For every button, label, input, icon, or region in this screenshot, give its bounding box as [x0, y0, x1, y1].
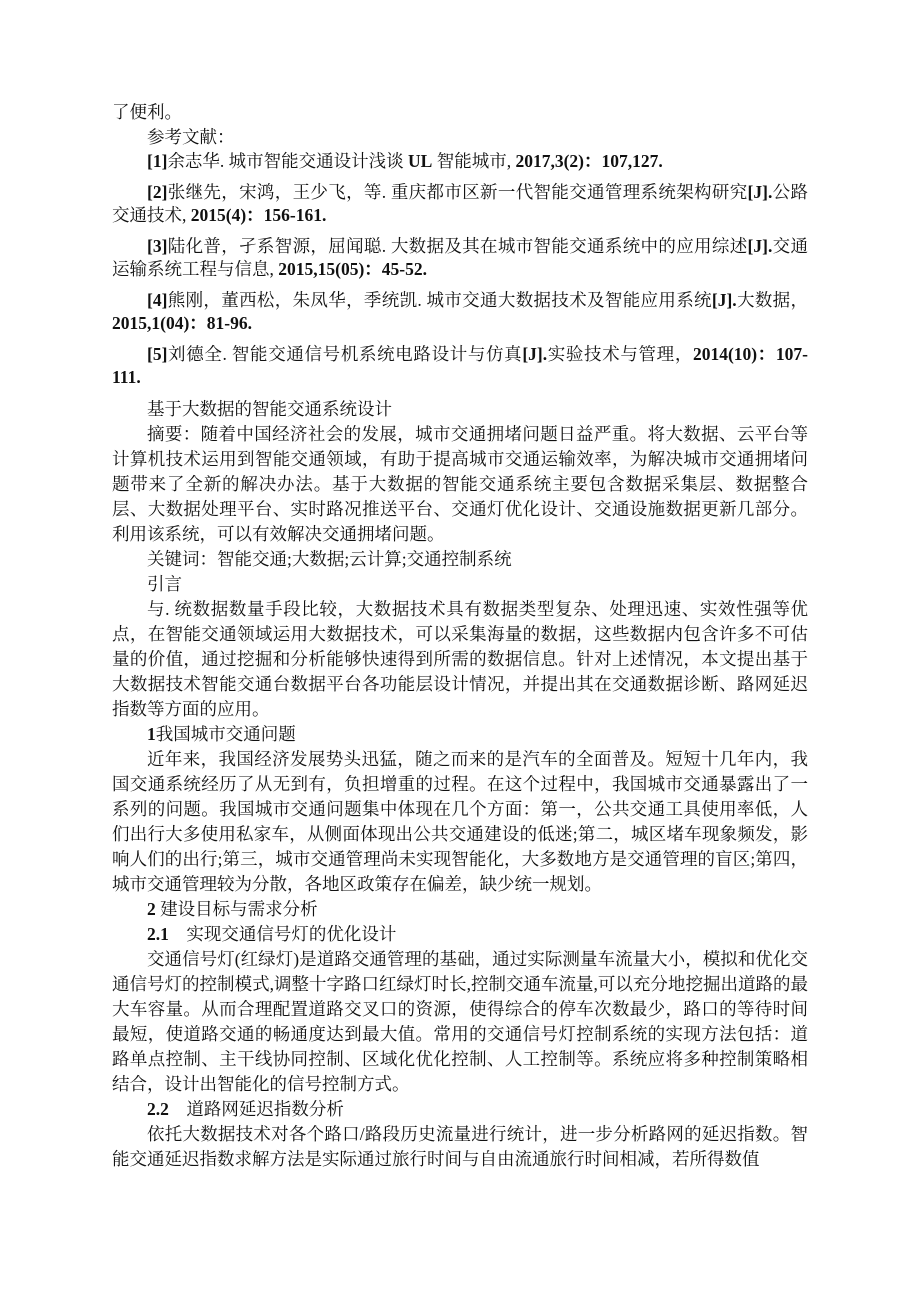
bold-text-run: [2] — [147, 182, 167, 202]
section-2-2-heading: 2.2 道路网延迟指数分析 — [112, 1097, 808, 1122]
text-run: 熊刚，董西松，朱凤华，季统凯. 城市交通大数据技术及智能应用系统 — [167, 290, 711, 310]
keywords-line: 关键词：智能交通;大数据;云计算;交通控制系统 — [112, 547, 808, 572]
text-run: 摘要：随着中国经济社会的发展，城市交通拥堵问题日益严重。将大数据、云平台等计算机… — [112, 424, 808, 544]
references-label: 参考文献： — [112, 125, 808, 150]
reference-4: [4]熊刚，董西松，朱凤华，季统凯. 城市交通大数据技术及智能应用系统[J].大… — [112, 289, 808, 335]
bold-text-run: 2017,3(2)：107,127. — [515, 151, 662, 171]
section-2-1-heading: 2.1 实现交通信号灯的优化设计 — [112, 922, 808, 947]
bold-text-run: 2015,15(05)：45-52. — [278, 259, 427, 279]
section-2-1-paragraph: 交通信号灯(红绿灯)是道路交通管理的基础，通过实际测量车流量大小，模拟和优化交通… — [112, 947, 808, 1097]
bold-text-run: [3] — [147, 236, 167, 256]
text-run: 引言 — [147, 574, 182, 594]
text-run: 刘德全. 智能交通信号机系统电路设计与仿真 — [167, 344, 522, 364]
text-run: 智能城市, — [432, 151, 515, 171]
bold-text-run: [J]. — [712, 290, 737, 310]
text-run: 交通信号灯(红绿灯)是道路交通管理的基础，通过实际测量车流量大小，模拟和优化交通… — [112, 949, 808, 1094]
text-run: 道路网延迟指数分析 — [169, 1099, 344, 1119]
text-run: 近年来，我国经济发展势头迅猛，随之而来的是汽车的全面普及。短短十几年内，我国交通… — [112, 749, 808, 894]
text-run: 实现交通信号灯的优化设计 — [169, 924, 397, 944]
reference-5: [5]刘德全. 智能交通信号机系统电路设计与仿真[J].实验技术与管理，2014… — [112, 343, 808, 389]
bold-text-run: [5] — [147, 344, 167, 364]
section-1-paragraph: 近年来，我国经济发展势头迅猛，随之而来的是汽车的全面普及。短短十几年内，我国交通… — [112, 747, 808, 897]
bold-text-run: 2.2 — [147, 1099, 169, 1119]
introduction-heading: 引言 — [112, 572, 808, 597]
bold-text-run: [4] — [147, 290, 167, 310]
text-run: 余志华. 城市智能交通设计浅谈 — [167, 151, 408, 171]
bold-text-run: 2.1 — [147, 924, 169, 944]
reference-1: [1]余志华. 城市智能交通设计浅谈 UL 智能城市, 2017,3(2)：10… — [112, 150, 808, 173]
bold-text-run: [J]. — [748, 236, 773, 256]
text-run: 实验技术与管理， — [547, 344, 693, 364]
bold-text-run: [J]. — [522, 344, 547, 364]
text-run: 依托大数据技术对各个路口/路段历史流量进行统计，进一步分析路网的延迟指数。智能交… — [112, 1124, 808, 1169]
bold-text-run: 2015(4)：156-161. — [191, 205, 327, 225]
text-run: 参考文献： — [147, 127, 235, 147]
introduction-paragraph: 与. 统数据数量手段比较，大数据技术具有数据类型复杂、处理迅速、实效性强等优点，… — [112, 597, 808, 722]
text-run: 张继先，宋鸿，王少飞，等. 重庆都市区新一代智能交通管理系统架构研究 — [167, 182, 747, 202]
bold-text-run: 1 — [147, 724, 156, 744]
bold-text-run: 2 — [147, 899, 156, 919]
reference-2: [2]张继先，宋鸿，王少飞，等. 重庆都市区新一代智能交通管理系统架构研究[J]… — [112, 181, 808, 227]
bold-text-run: UL — [408, 151, 432, 171]
section-2-heading: 2 建设目标与需求分析 — [112, 897, 808, 922]
document-page: 了便利。 参考文献： [1]余志华. 城市智能交通设计浅谈 UL 智能城市, 2… — [0, 0, 920, 1301]
abstract-paragraph: 摘要：随着中国经济社会的发展，城市交通拥堵问题日益严重。将大数据、云平台等计算机… — [112, 422, 808, 547]
section-1-heading: 1我国城市交通问题 — [112, 722, 808, 747]
text-run: 陆化普，孑系智源，屈闻聪. 大数据及其在城市智能交通系统中的应用综述 — [167, 236, 747, 256]
text-run: 建设目标与需求分析 — [156, 899, 318, 919]
text-run: 大数据， — [737, 290, 808, 310]
bold-text-run: 2015,1(04)：81-96. — [112, 313, 252, 333]
bold-text-run: [J]. — [748, 182, 773, 202]
bold-text-run: [1] — [147, 151, 167, 171]
text-run: 了便利。 — [112, 102, 182, 122]
text-run: 我国城市交通问题 — [156, 724, 296, 744]
text-run: 关键词：智能交通;大数据;云计算;交通控制系统 — [147, 549, 512, 569]
text-run: 基于大数据的智能交通系统设计 — [147, 399, 392, 419]
reference-3: [3]陆化普，孑系智源，屈闻聪. 大数据及其在城市智能交通系统中的应用综述[J]… — [112, 235, 808, 281]
text-run: 与. 统数据数量手段比较，大数据技术具有数据类型复杂、处理迅速、实效性强等优点，… — [112, 599, 808, 719]
article-title: 基于大数据的智能交通系统设计 — [112, 397, 808, 422]
continuation-text: 了便利。 — [112, 100, 808, 125]
section-2-2-paragraph: 依托大数据技术对各个路口/路段历史流量进行统计，进一步分析路网的延迟指数。智能交… — [112, 1122, 808, 1172]
